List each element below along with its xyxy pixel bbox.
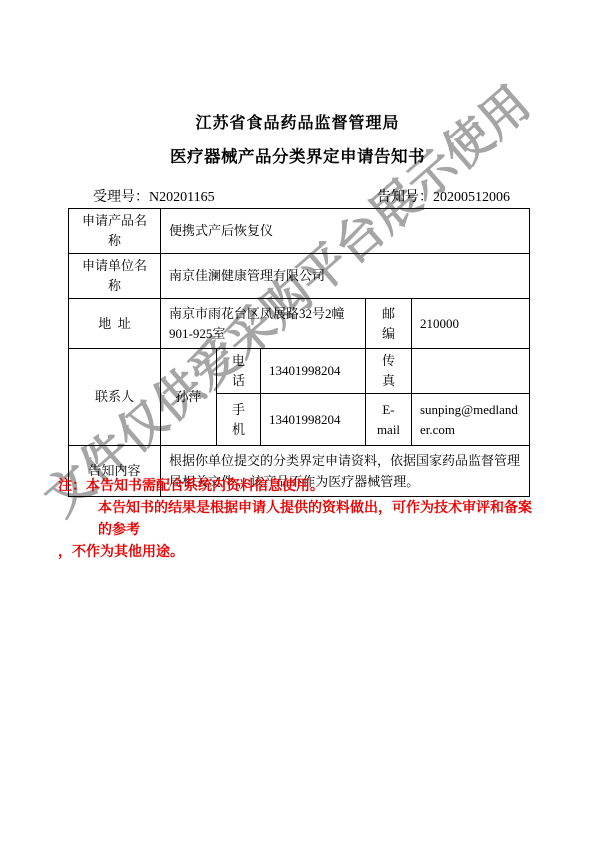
contact-value: 孙萍 — [161, 349, 217, 446]
org-title: 江苏省食品药品监督管理局 — [0, 110, 595, 133]
acceptance-value: N20201165 — [149, 190, 215, 205]
note-line-1: 注：本告知书需配合系统内资料信息使用。 — [58, 476, 540, 498]
mobile-value: 13401998204 — [261, 394, 366, 446]
table-row-address: 地 址 南京市雨花台区凤展路32号2幢901-925室 邮 编 210000 — [69, 299, 530, 349]
acceptance-label: 受理号： — [93, 190, 149, 205]
footnotes: 注：本告知书需配合系统内资料信息使用。 本告知书的结果是根据申请人提供的资料做出… — [58, 476, 540, 564]
postcode-label: 邮 编 — [366, 299, 412, 349]
product-name-value: 便携式产后恢复仪 — [161, 209, 530, 254]
contact-label: 联系人 — [69, 349, 161, 446]
notice-label: 告知号： — [377, 190, 433, 205]
table-row-applicant: 申请单位名称 南京佳澜健康管理有限公司 — [69, 254, 530, 299]
document-page: 文件仅供爱采购平台展示使用 江苏省食品药品监督管理局 医疗器械产品分类界定申请告… — [0, 0, 595, 842]
document-content: 江苏省食品药品监督管理局 医疗器械产品分类界定申请告知书 受理号：N202011… — [0, 0, 595, 842]
email-value: sunping@medlander.com — [412, 394, 530, 446]
applicant-value: 南京佳澜健康管理有限公司 — [161, 254, 530, 299]
fax-value — [412, 349, 530, 394]
phone-label: 电 话 — [217, 349, 261, 394]
address-label: 地 址 — [69, 299, 161, 349]
table-row-contact-phone: 联系人 孙萍 电 话 13401998204 传 真 — [69, 349, 530, 394]
doc-title: 医疗器械产品分类界定申请告知书 — [0, 143, 595, 167]
table-row-product: 申请产品名称 便携式产后恢复仪 — [69, 209, 530, 254]
address-value: 南京市雨花台区凤展路32号2幢901-925室 — [161, 299, 366, 349]
postcode-value: 210000 — [412, 299, 530, 349]
notice-number: 告知号：20200512006 — [377, 186, 510, 206]
applicant-label: 申请单位名称 — [69, 254, 161, 299]
application-table: 申请产品名称 便携式产后恢复仪 申请单位名称 南京佳澜健康管理有限公司 地 址 … — [68, 208, 530, 497]
phone-value: 13401998204 — [261, 349, 366, 394]
product-name-label: 申请产品名称 — [69, 209, 161, 254]
notice-value: 20200512006 — [433, 190, 510, 205]
email-label: E-mail — [366, 394, 412, 446]
note-line-3: ，不作为其他用途。 — [58, 542, 540, 564]
note-line-2: 本告知书的结果是根据申请人提供的资料做出，可作为技术审评和备案的参考 — [58, 498, 540, 542]
acceptance-number: 受理号：N20201165 — [93, 186, 215, 206]
mobile-label: 手 机 — [217, 394, 261, 446]
fax-label: 传 真 — [366, 349, 412, 394]
